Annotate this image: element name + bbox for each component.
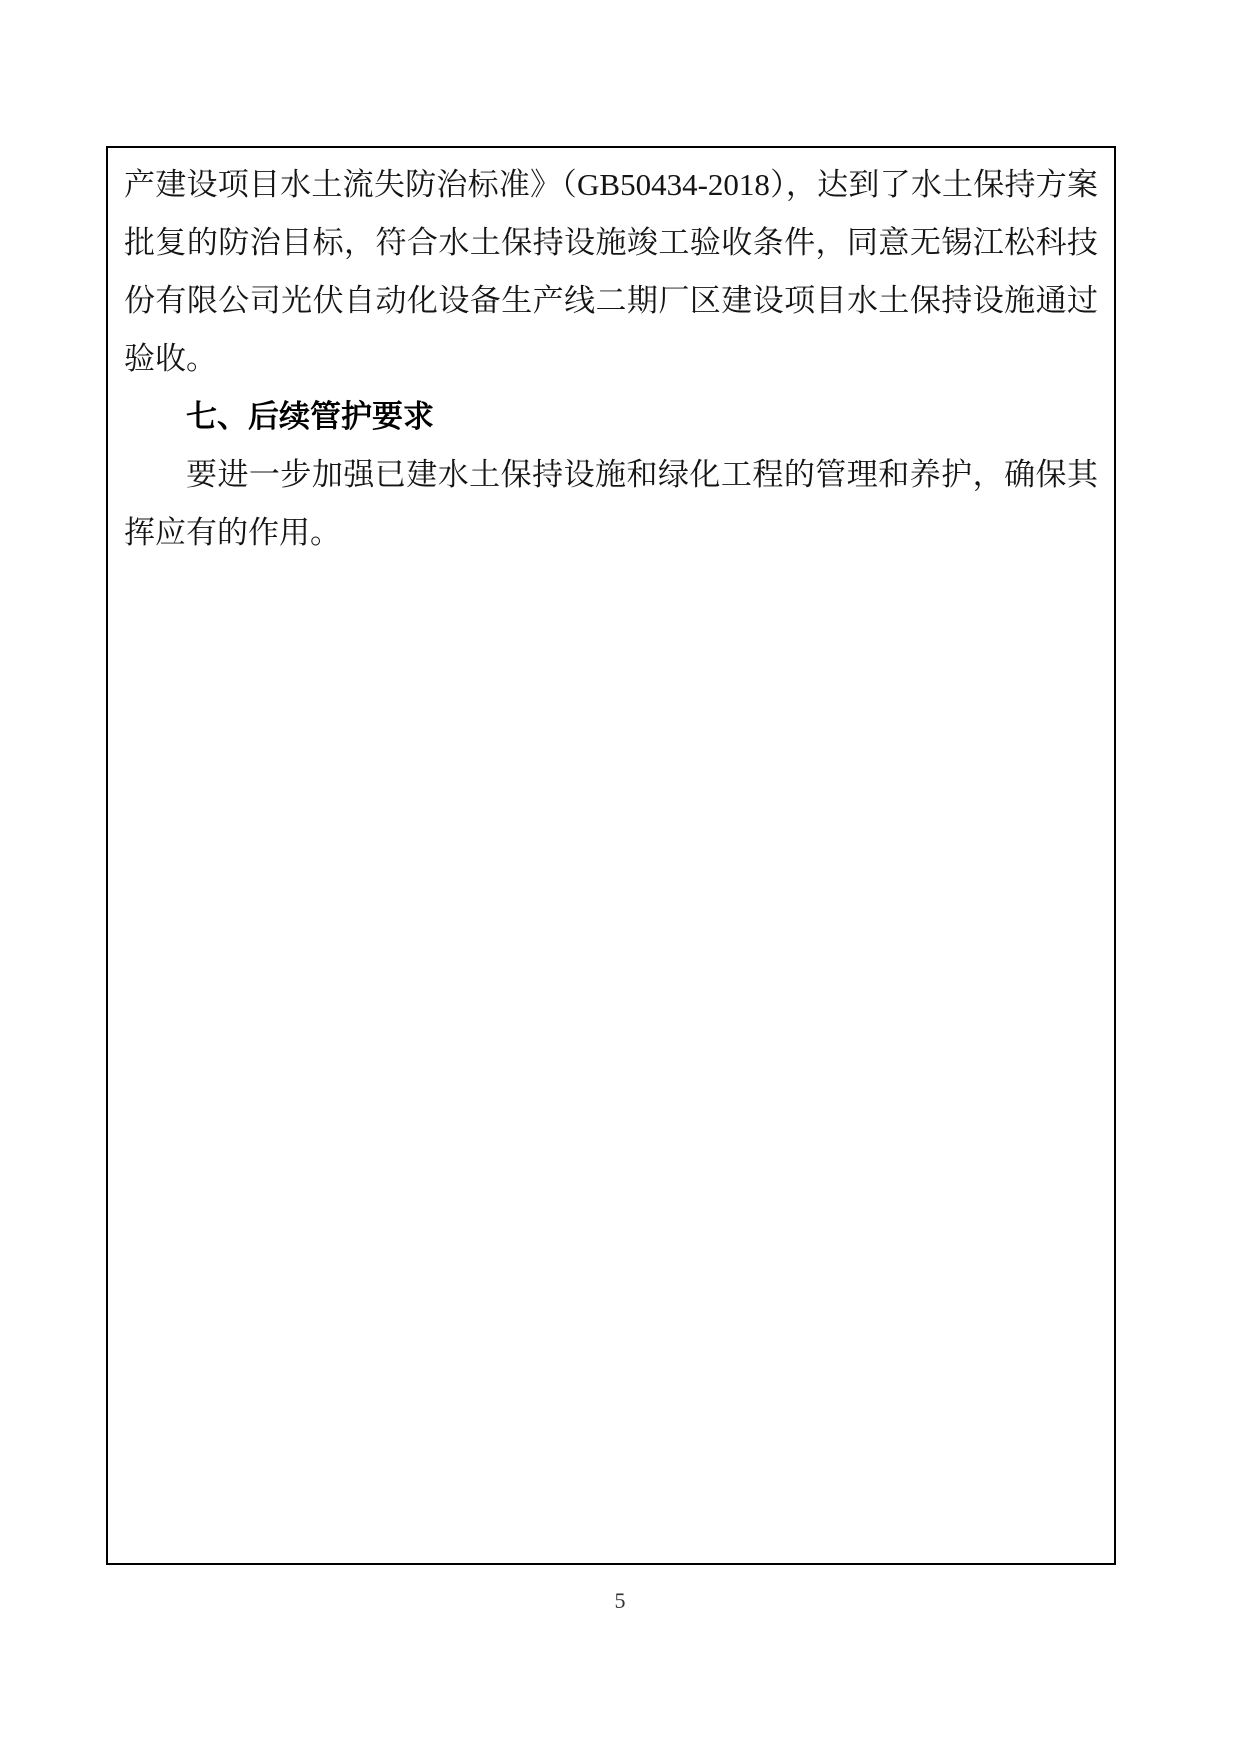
section-heading: 七、后续管护要求 — [124, 388, 1098, 446]
document-page: 产建设项目水土流失防治标准》（GB50434-2018），达到了水土保持方案 批… — [0, 0, 1240, 1754]
maintenance-line-2: 挥应有的作用。 — [124, 504, 1098, 562]
body-line-3: 份有限公司光伏自动化设备生产线二期厂区建设项目水土保持设施通过 — [124, 272, 1098, 330]
maintenance-line-1: 要进一步加强已建水土保持设施和绿化工程的管理和养护，确保其发 — [124, 446, 1098, 504]
body-line-2: 批复的防治目标，符合水土保持设施竣工验收条件，同意无锡江松科技股 — [124, 214, 1098, 272]
content-border-box: 产建设项目水土流失防治标准》（GB50434-2018），达到了水土保持方案 批… — [106, 146, 1116, 1565]
body-line-1: 产建设项目水土流失防治标准》（GB50434-2018），达到了水土保持方案 — [124, 156, 1098, 214]
body-line-4: 验收。 — [124, 330, 1098, 388]
page-number: 5 — [0, 1588, 1240, 1614]
